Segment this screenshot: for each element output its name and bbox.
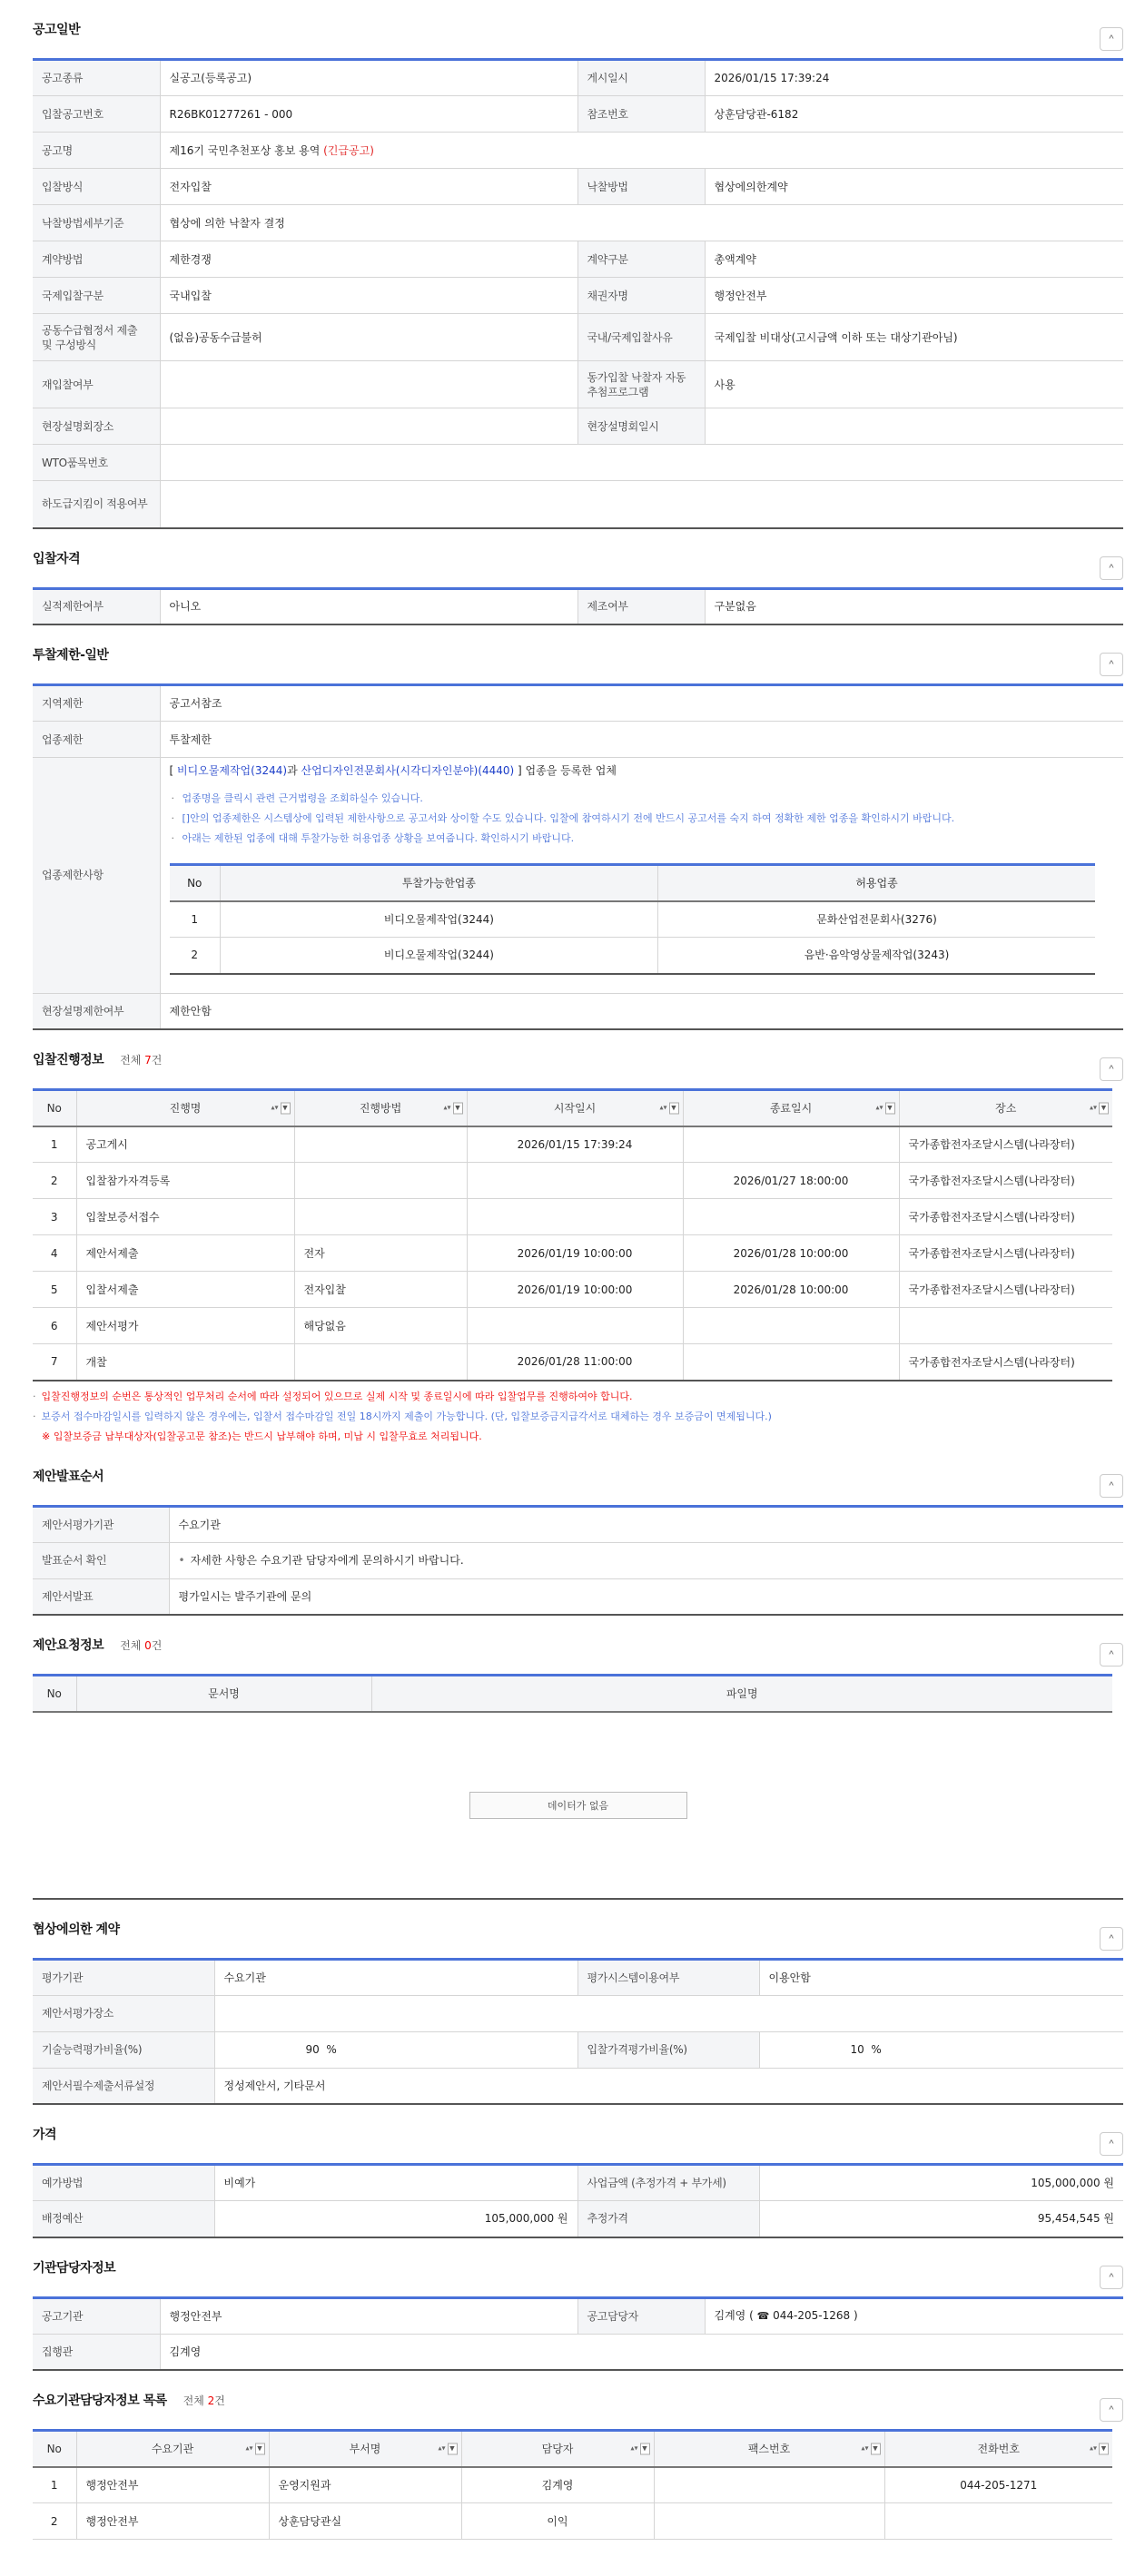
chevron-up-icon: ^ xyxy=(1109,1933,1113,1944)
table-cell: 행정안전부 xyxy=(76,2467,269,2503)
column-header: No xyxy=(33,1676,76,1712)
sort-arrows-icon[interactable]: ▴▾ xyxy=(630,2445,637,2453)
field-value: 국제입찰 비대상(고시금액 이하 또는 대상기관아님) xyxy=(705,314,1123,361)
column-header: No xyxy=(170,865,221,901)
table-row: 2행정안전부상훈담당관실이익 xyxy=(33,2503,1112,2540)
collapse-button[interactable]: ^ xyxy=(1100,2398,1123,2422)
section-title: 투찰제한-일반 xyxy=(33,645,108,664)
column-header[interactable]: 수요기관▴▾▼ xyxy=(76,2431,269,2467)
field-label: 입찰공고번호 xyxy=(33,96,160,133)
field-value: 협상에 의한 낙찰자 결정 xyxy=(160,205,1123,241)
section-title: 제안발표순서 xyxy=(33,1467,104,1485)
field-label: 사업금액 (추정가격 + 부가세) xyxy=(577,2165,759,2201)
section-title: 수요기관담당자정보 목록 xyxy=(33,2391,167,2409)
proposal-request-section: 제안요청정보 전체 0건 ^ No 문서명 파일명 데이터가 없음 xyxy=(33,1616,1123,1900)
table-cell: 044-205-1271 xyxy=(884,2467,1112,2503)
phone-icon: ☎ xyxy=(757,2310,770,2322)
field-value: 제16기 국민추천포상 홍보 용역 (긴급공고) xyxy=(160,133,1123,169)
field-label: 추정가격 xyxy=(577,2201,759,2237)
sort-control[interactable]: ▴▾▼ xyxy=(438,2443,457,2454)
count-suffix: 건 xyxy=(152,1054,163,1067)
field-value: 실공고(등록공고) xyxy=(160,60,577,96)
proposal-request-table: No 문서명 파일명 xyxy=(33,1674,1112,1713)
dropdown-icon[interactable]: ▼ xyxy=(669,1102,679,1114)
column-header[interactable]: 부서명▴▾▼ xyxy=(269,2431,461,2467)
table-cell xyxy=(467,1199,683,1235)
count-prefix: 전체 xyxy=(183,2394,208,2407)
field-label: 제안서평가장소 xyxy=(33,1995,214,2031)
negotiation-section: 협상에의한 계약 ^ 평가기관 수요기관 평가시스템이용여부 이용안함 제안서평… xyxy=(33,1900,1123,2106)
field-label: 참조번호 xyxy=(577,96,705,133)
sort-arrows-icon[interactable]: ▴▾ xyxy=(438,2445,445,2453)
count-suffix: 건 xyxy=(152,1639,163,1652)
field-label: 제안서발표 xyxy=(33,1578,169,1615)
agency-contact-table: 공고기관 행정안전부 공고담당자 김계영 ( ☎ 044-205-1268 ) … xyxy=(33,2296,1123,2372)
field-value: 비예가 xyxy=(214,2165,577,2201)
progress-footnotes: ·입찰진행정보의 순번은 통상적인 업무처리 순서에 따라 설정되어 있으므로 … xyxy=(33,1387,1123,1447)
table-cell: 김계영 xyxy=(461,2467,654,2503)
column-header: 투찰가능한업종 xyxy=(221,865,658,901)
chevron-up-icon: ^ xyxy=(1109,34,1113,44)
table-cell: 국가종합전자조달시스템(나라장터) xyxy=(899,1235,1112,1272)
collapse-button[interactable]: ^ xyxy=(1100,1643,1123,1667)
field-value: 전자입찰 xyxy=(160,169,577,205)
field-label: 공고담당자 xyxy=(577,2297,705,2334)
field-label: 입찰가격평가비율(%) xyxy=(577,2031,759,2068)
section-header: 입찰진행정보 전체 7건 ^ xyxy=(33,1030,1123,1088)
field-label: 평가시스템이용여부 xyxy=(577,1959,759,1995)
field-label: 평가기관 xyxy=(33,1959,214,1995)
negotiation-table: 평가기관 수요기관 평가시스템이용여부 이용안함 제안서평가장소 기술능력평가비… xyxy=(33,1958,1123,2106)
field-label: 계약구분 xyxy=(577,241,705,278)
dropdown-icon[interactable]: ▼ xyxy=(885,1102,895,1114)
table-cell: 국가종합전자조달시스템(나라장터) xyxy=(899,1126,1112,1163)
sort-arrows-icon[interactable]: ▴▾ xyxy=(271,1105,278,1112)
field-value: 투찰제한 xyxy=(160,722,1123,758)
section-title: 가격 xyxy=(33,2125,56,2143)
general-section: 공고일반 ^ 공고종류 실공고(등록공고) 게시일시 2026/01/15 17… xyxy=(33,0,1123,529)
field-label: 채권자명 xyxy=(577,278,705,314)
collapse-button[interactable]: ^ xyxy=(1100,1474,1123,1498)
table-cell: 국가종합전자조달시스템(나라장터) xyxy=(899,1163,1112,1199)
footnote-blue: ·보증서 접수마감일시를 입력하지 않은 경우에는, 입찰서 접수마감일 전일 … xyxy=(33,1407,1123,1427)
column-header-label: No xyxy=(47,1102,62,1115)
count-prefix: 전체 xyxy=(120,1639,144,1652)
table-cell: 제안서제출 xyxy=(76,1235,294,1272)
table-cell: 2026/01/19 10:00:00 xyxy=(467,1235,683,1272)
column-header-label: 담당자 xyxy=(542,2443,574,2455)
note-item: 업종명을 클릭시 관련 근거법령을 조회하실수 있습니다. xyxy=(170,789,1115,809)
collapse-button[interactable]: ^ xyxy=(1100,653,1123,676)
field-value: 105,000,000 원 xyxy=(759,2165,1123,2201)
column-header-label: 진행방법 xyxy=(360,1102,401,1115)
sort-control[interactable]: ▴▾▼ xyxy=(875,1102,894,1114)
field-label: 제안서평가기관 xyxy=(33,1506,169,1542)
chevron-up-icon: ^ xyxy=(1109,1649,1113,1660)
sort-control[interactable]: ▴▾▼ xyxy=(861,2443,880,2454)
qualification-section: 입찰자격 ^ 실적제한여부 아니오 제조여부 구분없음 xyxy=(33,529,1123,626)
field-label: 공고종류 xyxy=(33,60,160,96)
field-value xyxy=(214,1995,1123,2031)
sort-control[interactable]: ▴▾▼ xyxy=(1090,2443,1109,2454)
table-cell: 국가종합전자조달시스템(나라장터) xyxy=(899,1199,1112,1235)
table-cell: 2026/01/15 17:39:24 xyxy=(467,1126,683,1163)
field-label: 현장설명회일시 xyxy=(577,408,705,445)
order-text: 자세한 사항은 수요기관 담당자에게 문의하시기 바랍니다. xyxy=(191,1554,464,1567)
cell-allowed: 문화산업전문회사(3276) xyxy=(657,901,1095,938)
cell-industry: 비디오물제작업(3244) xyxy=(221,901,658,938)
field-label: 현장설명제한여부 xyxy=(33,993,160,1029)
chevron-up-icon: ^ xyxy=(1109,1480,1113,1491)
table-cell xyxy=(654,2503,884,2540)
bracket-close: ] 업종을 등록한 업체 xyxy=(514,764,617,777)
chevron-up-icon: ^ xyxy=(1109,2138,1113,2149)
manager-phone: 044-205-1268 ) xyxy=(773,2309,858,2322)
section-header: 수요기관담당자정보 목록 전체 2건 ^ xyxy=(33,2371,1123,2429)
sort-arrows-icon[interactable]: ▴▾ xyxy=(1090,1105,1097,1112)
table-row: 3입찰보증서접수국가종합전자조달시스템(나라장터) xyxy=(33,1199,1112,1235)
sort-arrows-icon[interactable]: ▴▾ xyxy=(875,1105,883,1112)
section-title: 기관담당자정보 xyxy=(33,2258,115,2276)
table-cell xyxy=(683,1199,899,1235)
column-header: 문서명 xyxy=(76,1676,371,1712)
table-cell xyxy=(683,1308,899,1344)
industry-link-design[interactable]: 산업디자인전문회사(시각디자인분야)(4440) xyxy=(301,764,514,777)
total-count: 전체 7건 xyxy=(120,1052,162,1067)
field-value: 제한안함 xyxy=(160,993,1123,1029)
collapse-button[interactable]: ^ xyxy=(1100,27,1123,51)
price-table: 예가방법 비예가 사업금액 (추정가격 + 부가세) 105,000,000 원… xyxy=(33,2163,1123,2238)
table-row: 2 비디오물제작업(3244) 음반·음악영상물제작업(3243) xyxy=(170,938,1096,974)
column-header[interactable]: 시작일시▴▾▼ xyxy=(467,1090,683,1126)
sort-arrows-icon[interactable]: ▴▾ xyxy=(861,2445,868,2453)
column-header-label: No xyxy=(47,2443,62,2455)
column-header-label: 전화번호 xyxy=(978,2443,1020,2455)
field-value: 이용안함 xyxy=(759,1959,1123,1995)
field-value xyxy=(160,361,577,408)
table-cell: 개찰 xyxy=(76,1344,294,1381)
table-cell: 1 xyxy=(33,1126,76,1163)
section-header: 공고일반 ^ xyxy=(33,0,1123,58)
field-value: 아니오 xyxy=(160,588,577,624)
table-cell: 2026/01/28 10:00:00 xyxy=(683,1235,899,1272)
price-section: 가격 ^ 예가방법 비예가 사업금액 (추정가격 + 부가세) 105,000,… xyxy=(33,2105,1123,2238)
column-header: No xyxy=(33,1090,76,1126)
column-header[interactable]: 팩스번호▴▾▼ xyxy=(654,2431,884,2467)
table-cell xyxy=(467,1163,683,1199)
field-value: 협상에의한계약 xyxy=(705,169,1123,205)
field-value: 공고서참조 xyxy=(160,685,1123,722)
demand-contacts-table: No수요기관▴▾▼부서명▴▾▼담당자▴▾▼팩스번호▴▾▼전화번호▴▾▼ 1행정안… xyxy=(33,2429,1112,2540)
table-cell: 행정안전부 xyxy=(76,2503,269,2540)
note-item: 아래는 제한된 업종에 대해 투찰가능한 허용업종 상황을 보여줍니다. 확인하… xyxy=(170,829,1115,849)
sort-arrows-icon[interactable]: ▴▾ xyxy=(659,1105,666,1112)
field-label: 배정예산 xyxy=(33,2201,214,2237)
field-value xyxy=(160,408,577,445)
dropdown-icon[interactable]: ▼ xyxy=(1099,1102,1109,1114)
field-label: 예가방법 xyxy=(33,2165,214,2201)
sort-arrows-icon[interactable]: ▴▾ xyxy=(1090,2445,1097,2453)
table-cell: 국가종합전자조달시스템(나라장터) xyxy=(899,1344,1112,1381)
section-header: 제안요청정보 전체 0건 ^ xyxy=(33,1616,1123,1674)
field-value xyxy=(705,408,1123,445)
field-label: 국제입찰구분 xyxy=(33,278,160,314)
field-value: 총액계약 xyxy=(705,241,1123,278)
field-label: 지역제한 xyxy=(33,685,160,722)
field-value: 95,454,545 원 xyxy=(759,2201,1123,2237)
collapse-button[interactable]: ^ xyxy=(1100,1927,1123,1951)
column-header-label: 수요기관 xyxy=(152,2443,193,2455)
restriction-detail: [ 비디오물제작업(3244)과 산업디자인전문회사(시각디자인분야)(4440… xyxy=(160,758,1123,994)
column-header[interactable]: 담당자▴▾▼ xyxy=(461,2431,654,2467)
sort-control[interactable]: ▴▾▼ xyxy=(630,2443,649,2454)
section-title: 협상에의한 계약 xyxy=(33,1920,120,1938)
table-cell: 2026/01/19 10:00:00 xyxy=(467,1272,683,1308)
section-title: 제안요청정보 xyxy=(33,1636,104,1654)
table-cell: 이익 xyxy=(461,2503,654,2540)
column-header-label: 장소 xyxy=(995,1102,1016,1115)
dropdown-icon[interactable]: ▼ xyxy=(871,2443,881,2454)
dropdown-icon[interactable]: ▼ xyxy=(1099,2443,1109,2454)
progress-section: 입찰진행정보 전체 7건 ^ No진행명▴▾▼진행방법▴▾▼시작일시▴▾▼종료일… xyxy=(33,1030,1123,1447)
collapse-button[interactable]: ^ xyxy=(1100,1057,1123,1081)
field-label: 업종제한사항 xyxy=(33,758,160,994)
table-cell: 전자입찰 xyxy=(294,1272,467,1308)
bullet-icon: • xyxy=(179,1554,185,1567)
field-label: 공동수급협정서 제출 및 구성방식 xyxy=(33,314,160,361)
table-cell: 입찰서제출 xyxy=(76,1272,294,1308)
footnote-red: ※ 입찰보증금 납부대상자(입찰공고문 참조)는 반드시 납부해야 하며, 미납… xyxy=(33,1427,1123,1447)
section-title: 입찰자격 xyxy=(33,549,80,567)
industry-link-video[interactable]: 비디오물제작업(3244) xyxy=(177,764,287,777)
cell-no: 2 xyxy=(170,938,221,974)
table-cell: 2026/01/28 10:00:00 xyxy=(683,1272,899,1308)
field-label: WTO품목번호 xyxy=(33,445,160,481)
section-header: 입찰자격 ^ xyxy=(33,529,1123,587)
urgent-badge: (긴급공고) xyxy=(323,144,374,157)
sort-arrows-icon[interactable]: ▴▾ xyxy=(443,1105,450,1112)
field-label: 업종제한 xyxy=(33,722,160,758)
field-value: 김계영 xyxy=(160,2334,1123,2370)
field-value: 행정안전부 xyxy=(705,278,1123,314)
field-label: 입찰방식 xyxy=(33,169,160,205)
table-cell xyxy=(884,2503,1112,2540)
column-header[interactable]: 진행방법▴▾▼ xyxy=(294,1090,467,1126)
count-number: 0 xyxy=(144,1639,152,1652)
table-cell: 5 xyxy=(33,1272,76,1308)
table-row: 4제안서제출전자2026/01/19 10:00:002026/01/28 10… xyxy=(33,1235,1112,1272)
chevron-up-icon: ^ xyxy=(1109,2272,1113,2283)
field-value: R26BK01277261 - 000 xyxy=(160,96,577,133)
field-label: 실적제한여부 xyxy=(33,588,160,624)
field-label: 계약방법 xyxy=(33,241,160,278)
table-cell: 3 xyxy=(33,1199,76,1235)
section-header: 제안발표순서 ^ xyxy=(33,1447,1123,1505)
field-value: (없음)공동수급불허 xyxy=(160,314,577,361)
presentation-table: 제안서평가기관 수요기관 발표순서 확인 •자세한 사항은 수요기관 담당자에게… xyxy=(33,1505,1123,1617)
table-row: 1행정안전부운영지원과김계영044-205-1271 xyxy=(33,2467,1112,2503)
table-row: 1 비디오물제작업(3244) 문화산업전문회사(3276) xyxy=(170,901,1096,938)
sort-control[interactable]: ▴▾▼ xyxy=(271,1102,290,1114)
field-value: 평가일시는 발주기관에 문의 xyxy=(169,1578,1123,1615)
field-value: 행정안전부 xyxy=(160,2297,577,2334)
collapse-button[interactable]: ^ xyxy=(1100,2266,1123,2289)
qualification-table: 실적제한여부 아니오 제조여부 구분없음 xyxy=(33,587,1123,626)
footnote-red: ·입찰진행정보의 순번은 통상적인 업무처리 순서에 따라 설정되어 있으므로 … xyxy=(33,1387,1123,1407)
section-title: 공고일반 xyxy=(33,20,80,38)
field-value xyxy=(160,445,1123,481)
table-cell: 2 xyxy=(33,1163,76,1199)
cell-no: 1 xyxy=(170,901,221,938)
bracket-open: [ xyxy=(170,764,178,777)
field-value xyxy=(160,481,1123,528)
dropdown-icon[interactable]: ▼ xyxy=(640,2443,650,2454)
demand-contacts-section: 수요기관담당자정보 목록 전체 2건 ^ No수요기관▴▾▼부서명▴▾▼담당자▴… xyxy=(33,2371,1123,2540)
progress-table: No진행명▴▾▼진행방법▴▾▼시작일시▴▾▼종료일시▴▾▼장소▴▾▼ 1공고게시… xyxy=(33,1088,1112,1381)
table-cell: 전자 xyxy=(294,1235,467,1272)
column-header: 파일명 xyxy=(371,1676,1112,1712)
restriction-table: 지역제한 공고서참조 업종제한 투찰제한 업종제한사항 [ 비디오물제작업(32… xyxy=(33,683,1123,1030)
table-cell: 1 xyxy=(33,2467,76,2503)
field-value: 구분없음 xyxy=(705,588,1123,624)
table-cell xyxy=(294,1344,467,1381)
field-label: 공고명 xyxy=(33,133,160,169)
restriction-heading: [ 비디오물제작업(3244)과 산업디자인전문회사(시각디자인분야)(4440… xyxy=(170,763,1115,778)
field-value: 수요기관 xyxy=(214,1959,577,1995)
column-header[interactable]: 전화번호▴▾▼ xyxy=(884,2431,1112,2467)
table-cell: 7 xyxy=(33,1344,76,1381)
column-header-label: 진행명 xyxy=(170,1102,202,1115)
table-cell xyxy=(294,1126,467,1163)
column-header-label: 시작일시 xyxy=(554,1102,596,1115)
field-value: 사용 xyxy=(705,361,1123,408)
table-cell xyxy=(654,2467,884,2503)
section-header: 협상에의한 계약 ^ xyxy=(33,1900,1123,1958)
collapse-button[interactable]: ^ xyxy=(1100,2132,1123,2156)
column-header[interactable]: 종료일시▴▾▼ xyxy=(683,1090,899,1126)
total-count: 전체 0건 xyxy=(120,1637,162,1653)
field-label: 집행관 xyxy=(33,2334,160,2370)
sort-control[interactable]: ▴▾▼ xyxy=(1090,1102,1109,1114)
footnote-text: 보증서 접수마감일시를 입력하지 않은 경우에는, 입찰서 접수마감일 전일 1… xyxy=(42,1411,772,1422)
bid-title: 제16기 국민추천포상 홍보 용역 xyxy=(170,144,321,157)
sort-control[interactable]: ▴▾▼ xyxy=(659,1102,678,1114)
chevron-up-icon: ^ xyxy=(1109,563,1113,574)
conjunction: 과 xyxy=(287,764,301,777)
table-cell: 입찰참가자격등록 xyxy=(76,1163,294,1199)
total-count: 전체 2건 xyxy=(183,2393,225,2408)
field-label: 낙찰방법세부기준 xyxy=(33,205,160,241)
dropdown-icon[interactable]: ▼ xyxy=(453,1102,463,1114)
table-cell xyxy=(899,1308,1112,1344)
field-value: 90 % xyxy=(214,2031,577,2068)
field-value: 2026/01/15 17:39:24 xyxy=(705,60,1123,96)
table-cell xyxy=(683,1126,899,1163)
table-cell xyxy=(294,1199,467,1235)
restriction-section: 투찰제한-일반 ^ 지역제한 공고서참조 업종제한 투찰제한 업종제한사항 [ … xyxy=(33,625,1123,1030)
section-header: 기관담당자정보 ^ xyxy=(33,2238,1123,2296)
field-value: 정성제안서, 기타문서 xyxy=(214,2068,1123,2104)
table-cell xyxy=(467,1308,683,1344)
agency-contact-section: 기관담당자정보 ^ 공고기관 행정안전부 공고담당자 김계영 ( ☎ 044-2… xyxy=(33,2238,1123,2372)
table-row: 1공고게시2026/01/15 17:39:24국가종합전자조달시스템(나라장터… xyxy=(33,1126,1112,1163)
manager-name: 김계영 ( xyxy=(715,2309,757,2322)
field-value: 105,000,000 원 xyxy=(214,2201,577,2237)
section-header: 투찰제한-일반 ^ xyxy=(33,625,1123,683)
sort-control[interactable]: ▴▾▼ xyxy=(245,2443,264,2454)
sort-control[interactable]: ▴▾▼ xyxy=(443,1102,462,1114)
field-value: 국내입찰 xyxy=(160,278,577,314)
field-label: 국내/국제입찰사유 xyxy=(577,314,705,361)
table-cell: 제안서평가 xyxy=(76,1308,294,1344)
field-label: 제조여부 xyxy=(577,588,705,624)
dropdown-icon[interactable]: ▼ xyxy=(448,2443,458,2454)
table-cell: 6 xyxy=(33,1308,76,1344)
field-value: 제한경쟁 xyxy=(160,241,577,278)
chevron-up-icon: ^ xyxy=(1109,659,1113,670)
field-value: 김계영 ( ☎ 044-205-1268 ) xyxy=(705,2297,1123,2334)
count-prefix: 전체 xyxy=(120,1054,144,1067)
restriction-notes: 업종명을 클릭시 관련 근거법령을 조회하실수 있습니다. []안의 업종제한은… xyxy=(170,789,1115,849)
field-value: 상훈담당관-6182 xyxy=(705,96,1123,133)
table-cell: 공고게시 xyxy=(76,1126,294,1163)
table-cell: 상훈담당관실 xyxy=(269,2503,461,2540)
count-suffix: 건 xyxy=(214,2394,225,2407)
chevron-up-icon: ^ xyxy=(1109,2404,1113,2415)
column-header[interactable]: 진행명▴▾▼ xyxy=(76,1090,294,1126)
table-cell: 2026/01/28 11:00:00 xyxy=(467,1344,683,1381)
note-item: []안의 업종제한은 시스템상에 입력된 제한사항으로 공고서와 상이할 수도 … xyxy=(170,809,1115,829)
field-value: •자세한 사항은 수요기관 담당자에게 문의하시기 바랍니다. xyxy=(169,1542,1123,1578)
field-label: 제안서필수제출서류설정 xyxy=(33,2068,214,2104)
empty-state: 데이터가 없음 xyxy=(33,1713,1123,1900)
field-label: 현장설명회장소 xyxy=(33,408,160,445)
no-data-message: 데이터가 없음 xyxy=(469,1792,687,1819)
table-cell: 2 xyxy=(33,2503,76,2540)
table-cell xyxy=(294,1163,467,1199)
dropdown-icon[interactable]: ▼ xyxy=(255,2443,265,2454)
section-title: 입찰진행정보 xyxy=(33,1050,104,1068)
field-label: 공고기관 xyxy=(33,2297,160,2334)
chevron-up-icon: ^ xyxy=(1109,1064,1113,1075)
dropdown-icon[interactable]: ▼ xyxy=(281,1102,291,1114)
table-row: 6제안서평가해당없음 xyxy=(33,1308,1112,1344)
cell-industry: 비디오물제작업(3244) xyxy=(221,938,658,974)
field-label: 낙찰방법 xyxy=(577,169,705,205)
column-header-label: 부서명 xyxy=(350,2443,381,2455)
field-value: 10 % xyxy=(759,2031,1123,2068)
field-label: 게시일시 xyxy=(577,60,705,96)
column-header[interactable]: 장소▴▾▼ xyxy=(899,1090,1112,1126)
field-value: 수요기관 xyxy=(169,1506,1123,1542)
sort-arrows-icon[interactable]: ▴▾ xyxy=(245,2445,252,2453)
table-row: 7개찰2026/01/28 11:00:00국가종합전자조달시스템(나라장터) xyxy=(33,1344,1112,1381)
collapse-button[interactable]: ^ xyxy=(1100,556,1123,580)
allowed-industry-table: No 투찰가능한업종 허용업종 1 비디오물제작업(3244) 문화산업전문회사… xyxy=(170,863,1096,975)
column-header: 허용업종 xyxy=(657,865,1095,901)
table-cell: 해당없음 xyxy=(294,1308,467,1344)
field-label: 하도급지킴이 적용여부 xyxy=(33,481,160,528)
table-row: 2입찰참가자격등록2026/01/27 18:00:00국가종합전자조달시스템(… xyxy=(33,1163,1112,1199)
section-header: 가격 ^ xyxy=(33,2105,1123,2163)
table-cell: 2026/01/27 18:00:00 xyxy=(683,1163,899,1199)
field-label: 재입찰여부 xyxy=(33,361,160,408)
column-header: No xyxy=(33,2431,76,2467)
table-row: 5입찰서제출전자입찰2026/01/19 10:00:002026/01/28 … xyxy=(33,1272,1112,1308)
column-header-label: 종료일시 xyxy=(770,1102,812,1115)
field-label: 기술능력평가비율(%) xyxy=(33,2031,214,2068)
field-label: 발표순서 확인 xyxy=(33,1542,169,1578)
